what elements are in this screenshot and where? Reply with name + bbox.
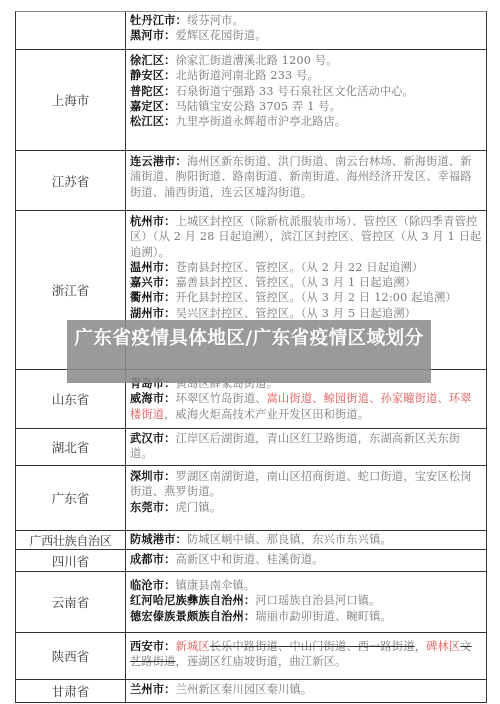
- city-name: 湖州市：: [130, 306, 176, 320]
- city-name: 黑河市：: [130, 28, 176, 42]
- highlighted-area-text: 碑林区: [426, 640, 460, 653]
- area-entry: 临沧市：镇康县南伞镇。: [130, 578, 482, 593]
- area-text: 上城区封控区（除新杭派服装市场）、管控区（除四季青管控区）（从 2 月 28 日…: [130, 215, 482, 259]
- city-name: 衢州市：: [130, 290, 176, 304]
- province-cell: [16, 12, 126, 49]
- city-name: 德宏傣族景颇族自治州：: [130, 609, 255, 623]
- area-text: 虎门镇。: [176, 501, 222, 514]
- area-entry: 成都市：高新区中和街道、桂溪街道。: [130, 553, 324, 566]
- area-entry: 防城港市：防城区峒中镇、那良镇，东兴市东兴镇。: [130, 533, 392, 546]
- area-entry: 温州市：苍南县封控区、管控区。（从 2 月 22 日起追溯）: [130, 260, 482, 275]
- area-text: 开化县封控区、管控区。（从 3 月 2 日 12:00 起追溯）: [176, 291, 457, 304]
- area-text: ，威海火炬高技术产业开发区田和街道。: [164, 408, 369, 421]
- area-entry: 连云港市：海州区新东街道、洪门街道、南云台林场、新海街道、新浦街道、朐阳街道、路…: [130, 155, 472, 199]
- city-name: 武汉市：: [130, 431, 176, 445]
- area-entry: 嘉兴市：嘉善县封控区、管控区。（从 3 月 1 日起追溯）: [130, 275, 482, 290]
- area-text: ，: [415, 640, 426, 653]
- area-text: 爱辉区花园街道。: [176, 29, 267, 42]
- table-row: 广东省 深圳市：罗湖区南湖街道，南山区招商街道、蛇口街道，宝安区松岗街道、燕罗街…: [16, 466, 486, 531]
- area-entry: 徐汇区：徐家汇街道漕溪北路 1200 号。: [130, 53, 482, 68]
- table-row: 湖北省 武汉市：江岸区后湖街道，青山区红卫路街道，东湖高新区关东街道。: [16, 429, 486, 466]
- area-cell: 牡丹江市：绥芬河市。 黑河市：爱辉区花园街道。: [126, 12, 486, 49]
- city-name: 连云港市：: [130, 154, 187, 168]
- province-cell: 上海市: [16, 50, 126, 150]
- table-row: 广西壮族自治区 防城港市：防城区峒中镇、那良镇，东兴市东兴镇。: [16, 531, 486, 550]
- area-text: 罗湖区南湖街道，南山区招商街道、蛇口街道，宝安区松岗街道、燕罗街道。: [130, 470, 472, 498]
- city-name: 嘉兴市：: [130, 275, 176, 289]
- area-text: 绥芬河市。: [187, 14, 244, 27]
- area-entry: 湖州市：吴兴区封控区、管控区。（从 3 月 5 日起追溯）: [130, 306, 482, 321]
- area-entry: 嘉定区：马陆镇宝安公路 3705 弄 1 号。: [130, 99, 482, 114]
- area-entry: 牡丹江市：绥芬河市。: [130, 13, 482, 28]
- area-text: 北站街道河南北路 233 号。: [176, 69, 319, 82]
- area-cell: 成都市：高新区中和街道、桂溪街道。: [126, 550, 486, 571]
- area-entry: 衢州市：开化县封控区、管控区。（从 3 月 2 日 12:00 起追溯）: [130, 290, 482, 305]
- struck-area-text: 长乐中路街道、中山门街道、西一路街道: [210, 640, 415, 653]
- area-text: 瑞丽市勐卯街道、畹町镇。: [255, 610, 392, 623]
- province-cell: 广东省: [16, 466, 126, 530]
- table-row: 云南省 临沧市：镇康县南伞镇。 红河哈尼族彝族自治州：河口瑶族自治县河口镇。 德…: [16, 572, 486, 633]
- area-entry: 深圳市：罗湖区南湖街道，南山区招商街道、蛇口街道，宝安区松岗街道、燕罗街道。: [130, 469, 482, 500]
- city-name: 静安区：: [130, 68, 176, 82]
- area-text: 马陆镇宝安公路 3705 弄 1 号。: [176, 100, 342, 113]
- city-name: 威海市：: [130, 391, 176, 405]
- table-row: 江苏省 连云港市：海州区新东街道、洪门街道、南云台林场、新海街道、新浦街道、朐阳…: [16, 151, 486, 211]
- area-entry: 静安区：北站街道河南北路 233 号。: [130, 68, 482, 83]
- city-name: 东莞市：: [130, 500, 176, 514]
- area-entry: 德宏傣族景颇族自治州：瑞丽市勐卯街道、畹町镇。: [130, 609, 482, 624]
- area-entry: 红河哈尼族彝族自治州：河口瑶族自治县河口镇。: [130, 593, 482, 608]
- city-name: 防城港市：: [130, 532, 187, 546]
- area-text: 嘉善县封控区、管控区。（从 3 月 1 日起追溯）: [176, 276, 416, 289]
- area-entry: 杭州市：上城区封控区（除新杭派服装市场）、管控区（除四季青管控区）（从 2 月 …: [130, 214, 482, 260]
- area-text: 高新区中和街道、桂溪街道。: [176, 553, 324, 566]
- area-cell: 徐汇区：徐家汇街道漕溪北路 1200 号。 静安区：北站街道河南北路 233 号…: [126, 50, 486, 150]
- province-cell: 湖北省: [16, 429, 126, 465]
- area-entry: 武汉市：江岸区后湖街道，青山区红卫路街道，东湖高新区关东街道。: [130, 432, 460, 460]
- area-entry: 普陀区：石泉街道宁强路 33 号石泉社区文化活动中心。: [130, 84, 482, 99]
- area-entry: 兰州市：兰州新区秦川园区秦川镇。: [130, 683, 312, 696]
- area-cell: 连云港市：海州区新东街道、洪门街道、南云台林场、新海街道、新浦街道、朐阳街道、路…: [126, 151, 486, 210]
- area-entry: 威海市：环翠区竹岛街道、嵩山街道、鲸园街道、孙家疃街道、环翠楼街道，威海火炬高技…: [130, 391, 482, 422]
- area-text: 兰州新区秦川园区秦川镇。: [176, 683, 313, 696]
- province-cell: 广西壮族自治区: [16, 531, 126, 549]
- area-text: 镇康县南伞镇。: [176, 579, 256, 592]
- city-name: 普陀区：: [130, 84, 176, 98]
- province-cell: 甘肃省: [16, 680, 126, 702]
- area-text: 九里亭街道永辉超市沪亭北路店。: [176, 115, 347, 128]
- area-entry: 东莞市：虎门镇。: [130, 500, 482, 515]
- table-row: 上海市 徐汇区：徐家汇街道漕溪北路 1200 号。 静安区：北站街道河南北路 2…: [16, 50, 486, 151]
- area-entry: 西安市：新城区长乐中路街道、中山门街道、西一路街道，碑林区文艺路街道，莲湖区红庙…: [130, 640, 472, 668]
- city-name: 杭州市：: [130, 214, 176, 228]
- area-cell: 武汉市：江岸区后湖街道，青山区红卫路街道，东湖高新区关东街道。: [126, 429, 486, 465]
- area-text: 环翠区竹岛街道、: [176, 392, 267, 405]
- province-cell: 四川省: [16, 550, 126, 571]
- city-name: 深圳市：: [130, 469, 176, 483]
- city-name: 松江区：: [130, 114, 176, 128]
- table-row: 四川省 成都市：高新区中和街道、桂溪街道。: [16, 550, 486, 572]
- province-cell: 陕西省: [16, 633, 126, 679]
- city-name: 西安市：: [130, 639, 176, 653]
- area-text: 河口瑶族自治县河口镇。: [255, 594, 380, 607]
- area-text: 苍南县封控区、管控区。（从 2 月 22 日起追溯）: [176, 261, 424, 274]
- area-entry: 松江区：九里亭街道永辉超市沪亭北路店。: [130, 114, 482, 129]
- area-text: 吴兴区封控区、管控区。（从 3 月 5 日起追溯）: [176, 307, 416, 320]
- table-row: 牡丹江市：绥芬河市。 黑河市：爱辉区花园街道。: [16, 12, 486, 50]
- highlighted-area-text: 新城区: [176, 640, 210, 653]
- city-name: 兰州市：: [130, 682, 176, 696]
- area-text: 石泉街道宁强路 33 号石泉社区文化活动中心。: [176, 85, 415, 98]
- area-text: ，莲湖区红庙坡街道，曲江新区。: [176, 655, 347, 668]
- area-text: 徐家汇街道漕溪北路 1200 号。: [176, 54, 338, 67]
- area-cell: 临沧市：镇康县南伞镇。 红河哈尼族彝族自治州：河口瑶族自治县河口镇。 德宏傣族景…: [126, 572, 486, 632]
- area-entry: 黑河市：爱辉区花园街道。: [130, 28, 482, 43]
- city-name: 牡丹江市：: [130, 13, 187, 27]
- city-name: 徐汇区：: [130, 53, 176, 67]
- city-name: 成都市：: [130, 552, 176, 566]
- table-row: 陕西省 西安市：新城区长乐中路街道、中山门街道、西一路街道，碑林区文艺路街道，莲…: [16, 633, 486, 680]
- area-text: 防城区峒中镇、那良镇，东兴市东兴镇。: [187, 533, 392, 546]
- city-name: 温州市：: [130, 260, 176, 274]
- province-cell: 云南省: [16, 572, 126, 632]
- area-text: 江岸区后湖街道，青山区红卫路街道，东湖高新区关东街道。: [130, 432, 460, 460]
- area-cell: 西安市：新城区长乐中路街道、中山门街道、西一路街道，碑林区文艺路街道，莲湖区红庙…: [126, 633, 486, 679]
- title-overlay: 广东省疫情具体地区/广东省疫情区域划分: [67, 320, 431, 383]
- province-cell: 江苏省: [16, 151, 126, 210]
- area-cell: 防城港市：防城区峒中镇、那良镇，东兴市东兴镇。: [126, 531, 486, 549]
- city-name: 嘉定区：: [130, 99, 176, 113]
- area-cell: 深圳市：罗湖区南湖街道，南山区招商街道、蛇口街道，宝安区松岗街道、燕罗街道。 东…: [126, 466, 486, 530]
- area-cell: 兰州市：兰州新区秦川园区秦川镇。: [126, 680, 486, 702]
- table-row: 甘肃省 兰州市：兰州新区秦川园区秦川镇。: [16, 680, 486, 702]
- city-name: 红河哈尼族彝族自治州：: [130, 593, 255, 607]
- city-name: 临沧市：: [130, 578, 176, 592]
